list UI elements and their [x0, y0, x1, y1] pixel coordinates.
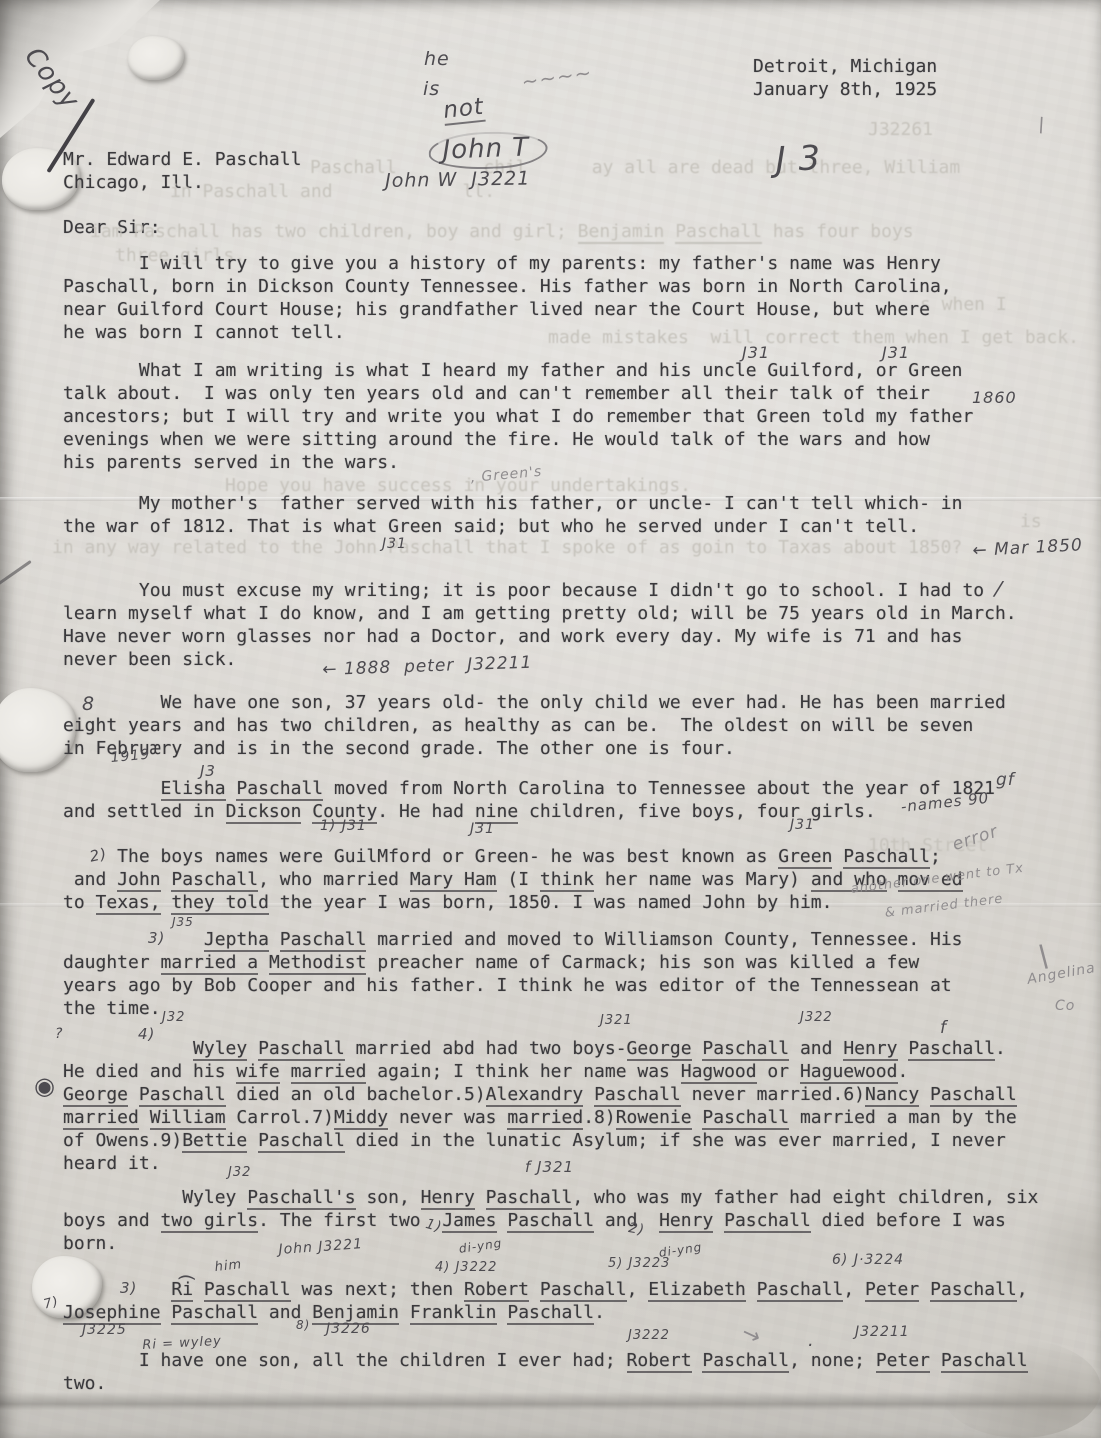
handwritten-annotation: J31 [470, 821, 495, 837]
paper-tear-mark [128, 36, 184, 80]
handwritten-annotation: ← Mar 1850 [972, 535, 1083, 561]
handwritten-annotation: 8 [82, 693, 95, 715]
pencil-underline: Paschall [204, 1279, 291, 1302]
handwritten-annotation: J31 [382, 536, 407, 552]
pencil-underline: Texas, [96, 892, 161, 915]
handwritten-annotation: 2) [88, 844, 109, 865]
handwritten-annotation: J31 [882, 343, 910, 362]
handwritten-annotation: 3) [120, 1279, 137, 1297]
pencil-underline: Hagwood [681, 1061, 757, 1084]
handwritten-annotation: is [423, 78, 440, 100]
pencil-underline: Paschall [941, 1350, 1028, 1373]
pencil-underline: Methodist [269, 952, 367, 975]
paragraph-2: What I am writing is what I heard my fat… [63, 359, 973, 474]
pencil-underline: Paschall [258, 1130, 345, 1153]
handwritten-annotation: J35 [172, 915, 194, 929]
handwritten-annotation: 4) J3222 [435, 1260, 497, 1275]
ghost-text-line: is [1020, 510, 1042, 533]
pencil-underline: Henry [843, 1038, 897, 1061]
handwritten-annotation: ◉ [34, 1072, 56, 1100]
handwritten-annotation: J32 [162, 1010, 185, 1025]
pencil-underline: George [63, 1084, 128, 1107]
handwritten-annotation: 1) J31 [320, 818, 367, 834]
pencil-underline: Henry [659, 1210, 713, 1233]
pencil-underline: Elizabeth [648, 1279, 746, 1302]
pencil-underline: Haguewood [800, 1061, 898, 1084]
handwritten-annotation: 1919 [110, 747, 151, 766]
handwritten-annotation: J3222 [628, 1328, 670, 1343]
paragraph-6: Elisha Paschall moved from North Carolin… [63, 777, 995, 823]
pencil-underline: Middy [334, 1107, 388, 1130]
pencil-underline: Paschall [930, 1084, 1017, 1107]
handwritten-annotation: J3226 [326, 1321, 371, 1337]
pencil-underline: Paschall [139, 1084, 226, 1107]
pencil-underline: Green [778, 846, 832, 869]
pencil-underline: Paschall [507, 1302, 594, 1325]
pencil-underline: William [150, 1107, 226, 1130]
handwritten-annotation: Co [1055, 998, 1075, 1014]
pencil-underline: Alexandry [486, 1084, 584, 1107]
handwritten-annotation: J31 [790, 817, 815, 833]
paragraph-7: The boys names were GuilMford or Green- … [63, 845, 963, 914]
paragraph-3: My mother's father served with his fathe… [63, 492, 962, 538]
handwritten-annotation: John W J3221 [385, 167, 531, 192]
pencil-underline: Henry [421, 1187, 475, 1210]
handwritten-annotation: J321 [600, 1013, 633, 1028]
handwritten-annotation: 1860 [972, 388, 1017, 407]
pencil-underline: they told [171, 892, 269, 915]
pencil-underline: Wyley [193, 1038, 247, 1061]
pencil-underline: Paschall [757, 1279, 844, 1302]
pencil-underline: wife [236, 1061, 279, 1084]
pencil-underline: married a [161, 952, 259, 975]
paragraph-4: You must excuse my writing; it is poor b… [63, 579, 1017, 671]
pencil-underline: Paschall [702, 1038, 789, 1061]
pencil-underline: Paschall [843, 846, 930, 869]
pencil-underline: Bettie [182, 1130, 247, 1153]
pencil-underline: married [507, 1107, 583, 1130]
pencil-underline: James [442, 1210, 496, 1233]
pencil-underline: Paschall [171, 1302, 258, 1325]
pencil-underline: Jeptha [204, 929, 269, 952]
pencil-underline: married [291, 1061, 367, 1084]
handwritten-annotation: → [737, 1320, 765, 1351]
pencil-underline: Paschall [702, 1350, 789, 1373]
pencil-underline: Paschall [280, 929, 367, 952]
pencil-underline: think [540, 869, 594, 892]
handwritten-annotation: not [442, 94, 485, 126]
pencil-underline: married [63, 1107, 139, 1130]
pencil-underline: Paschall [258, 1038, 345, 1061]
pencil-underline: Paschall [540, 1279, 627, 1302]
handwritten-annotation: f [940, 1018, 947, 1038]
pencil-underline: Paschall [594, 1084, 681, 1107]
ghost-text-line: J32261 [868, 118, 933, 141]
pencil-underline: Mary Ham [410, 869, 497, 892]
pencil-underline: Paschall [486, 1187, 573, 1210]
scanned-letter-page: Detroit, Michigan January 8th, 1925 Mr. … [0, 0, 1101, 1438]
handwritten-annotation: 3) [148, 929, 165, 947]
paragraph-8: Jeptha Paschall married and moved to Wil… [63, 928, 963, 1020]
pen-slash-mark [0, 560, 32, 597]
handwritten-annotation: 8) [296, 1318, 310, 1332]
pencil-underline: Peter [876, 1350, 930, 1373]
pencil-underline: Paschall's [247, 1187, 355, 1210]
handwritten-annotation: 6) J·3224 [832, 1252, 904, 1268]
handwritten-annotation: J322 [800, 1010, 833, 1025]
scan-edge-shadow [0, 1392, 1101, 1438]
handwritten-annotation: 5) J3223 [608, 1256, 670, 1271]
pencil-underline: Paschall [236, 778, 323, 801]
handwritten-annotation: J32 [228, 1165, 251, 1180]
pencil-underline: George [627, 1038, 692, 1061]
pencil-underline: Peter [865, 1279, 919, 1302]
handwritten-annotation: \ [1036, 112, 1048, 137]
handwritten-annotation: him [214, 1257, 243, 1275]
handwritten-annotation: 2) [627, 1220, 646, 1239]
pencil-underline: Paschall [702, 1107, 789, 1130]
pencil-underline: Paschall [724, 1210, 811, 1233]
pencil-underline: Rowenie [616, 1107, 692, 1130]
paragraph-5: We have one son, 37 years old- the only … [63, 691, 1006, 760]
handwritten-annotation: Angelina [1026, 960, 1097, 988]
ghost-text-line: in any way related to the John Paschall … [52, 536, 962, 559]
paragraph-11: Ri Paschall was next; then Robert Pascha… [63, 1278, 1028, 1324]
handwritten-annotation: ~~~~ [520, 60, 594, 94]
pencil-underline: Franklin [410, 1302, 497, 1325]
pencil-underline: Elisha [161, 778, 226, 801]
pencil-underline: Paschall [930, 1279, 1017, 1302]
paragraph-1: I will try to give you a history of my p… [63, 252, 952, 344]
pencil-underline: Paschall [675, 221, 762, 244]
pencil-underline: Robert [464, 1279, 529, 1302]
ghost-text-line: iam Paschall has two children, boy and g… [90, 220, 914, 243]
pencil-underline: Dickson [226, 801, 302, 824]
pencil-underline: Paschall [171, 869, 258, 892]
pencil-underline: Benjamin [578, 221, 665, 244]
handwritten-annotation: . [808, 1330, 815, 1351]
paragraph-9: Wyley Paschall married abd had two boys-… [63, 1037, 1017, 1175]
handwritten-annotation: J3 [200, 762, 216, 780]
handwritten-annotation: J32211 [855, 1324, 910, 1340]
handwritten-annotation: f J321 [525, 1158, 574, 1176]
pencil-underline: Nancy [865, 1084, 919, 1107]
handwritten-annotation: he [424, 48, 450, 70]
handwritten-annotation: 4) [138, 1025, 155, 1043]
handwritten-annotation: J31 [742, 343, 770, 362]
handwritten-annotation: J 3 [775, 138, 822, 180]
pencil-underline: Paschall [507, 1210, 594, 1233]
paragraph-12: I have one son, all the children I ever … [63, 1349, 1028, 1395]
pencil-underline: Paschall [908, 1038, 995, 1061]
pencil-underline: Robert [627, 1350, 692, 1373]
handwritten-annotation: ? [55, 1026, 63, 1042]
dateline: Detroit, Michigan January 8th, 1925 [753, 55, 937, 101]
pencil-underline: John [117, 869, 160, 892]
paragraph-10: Wyley Paschall's son, Henry Paschall, wh… [63, 1186, 1038, 1255]
handwritten-annotation: gf [996, 770, 1015, 790]
handwritten-annotation: J3225 [82, 1322, 127, 1338]
pencil-underline: two girls [161, 1210, 259, 1233]
